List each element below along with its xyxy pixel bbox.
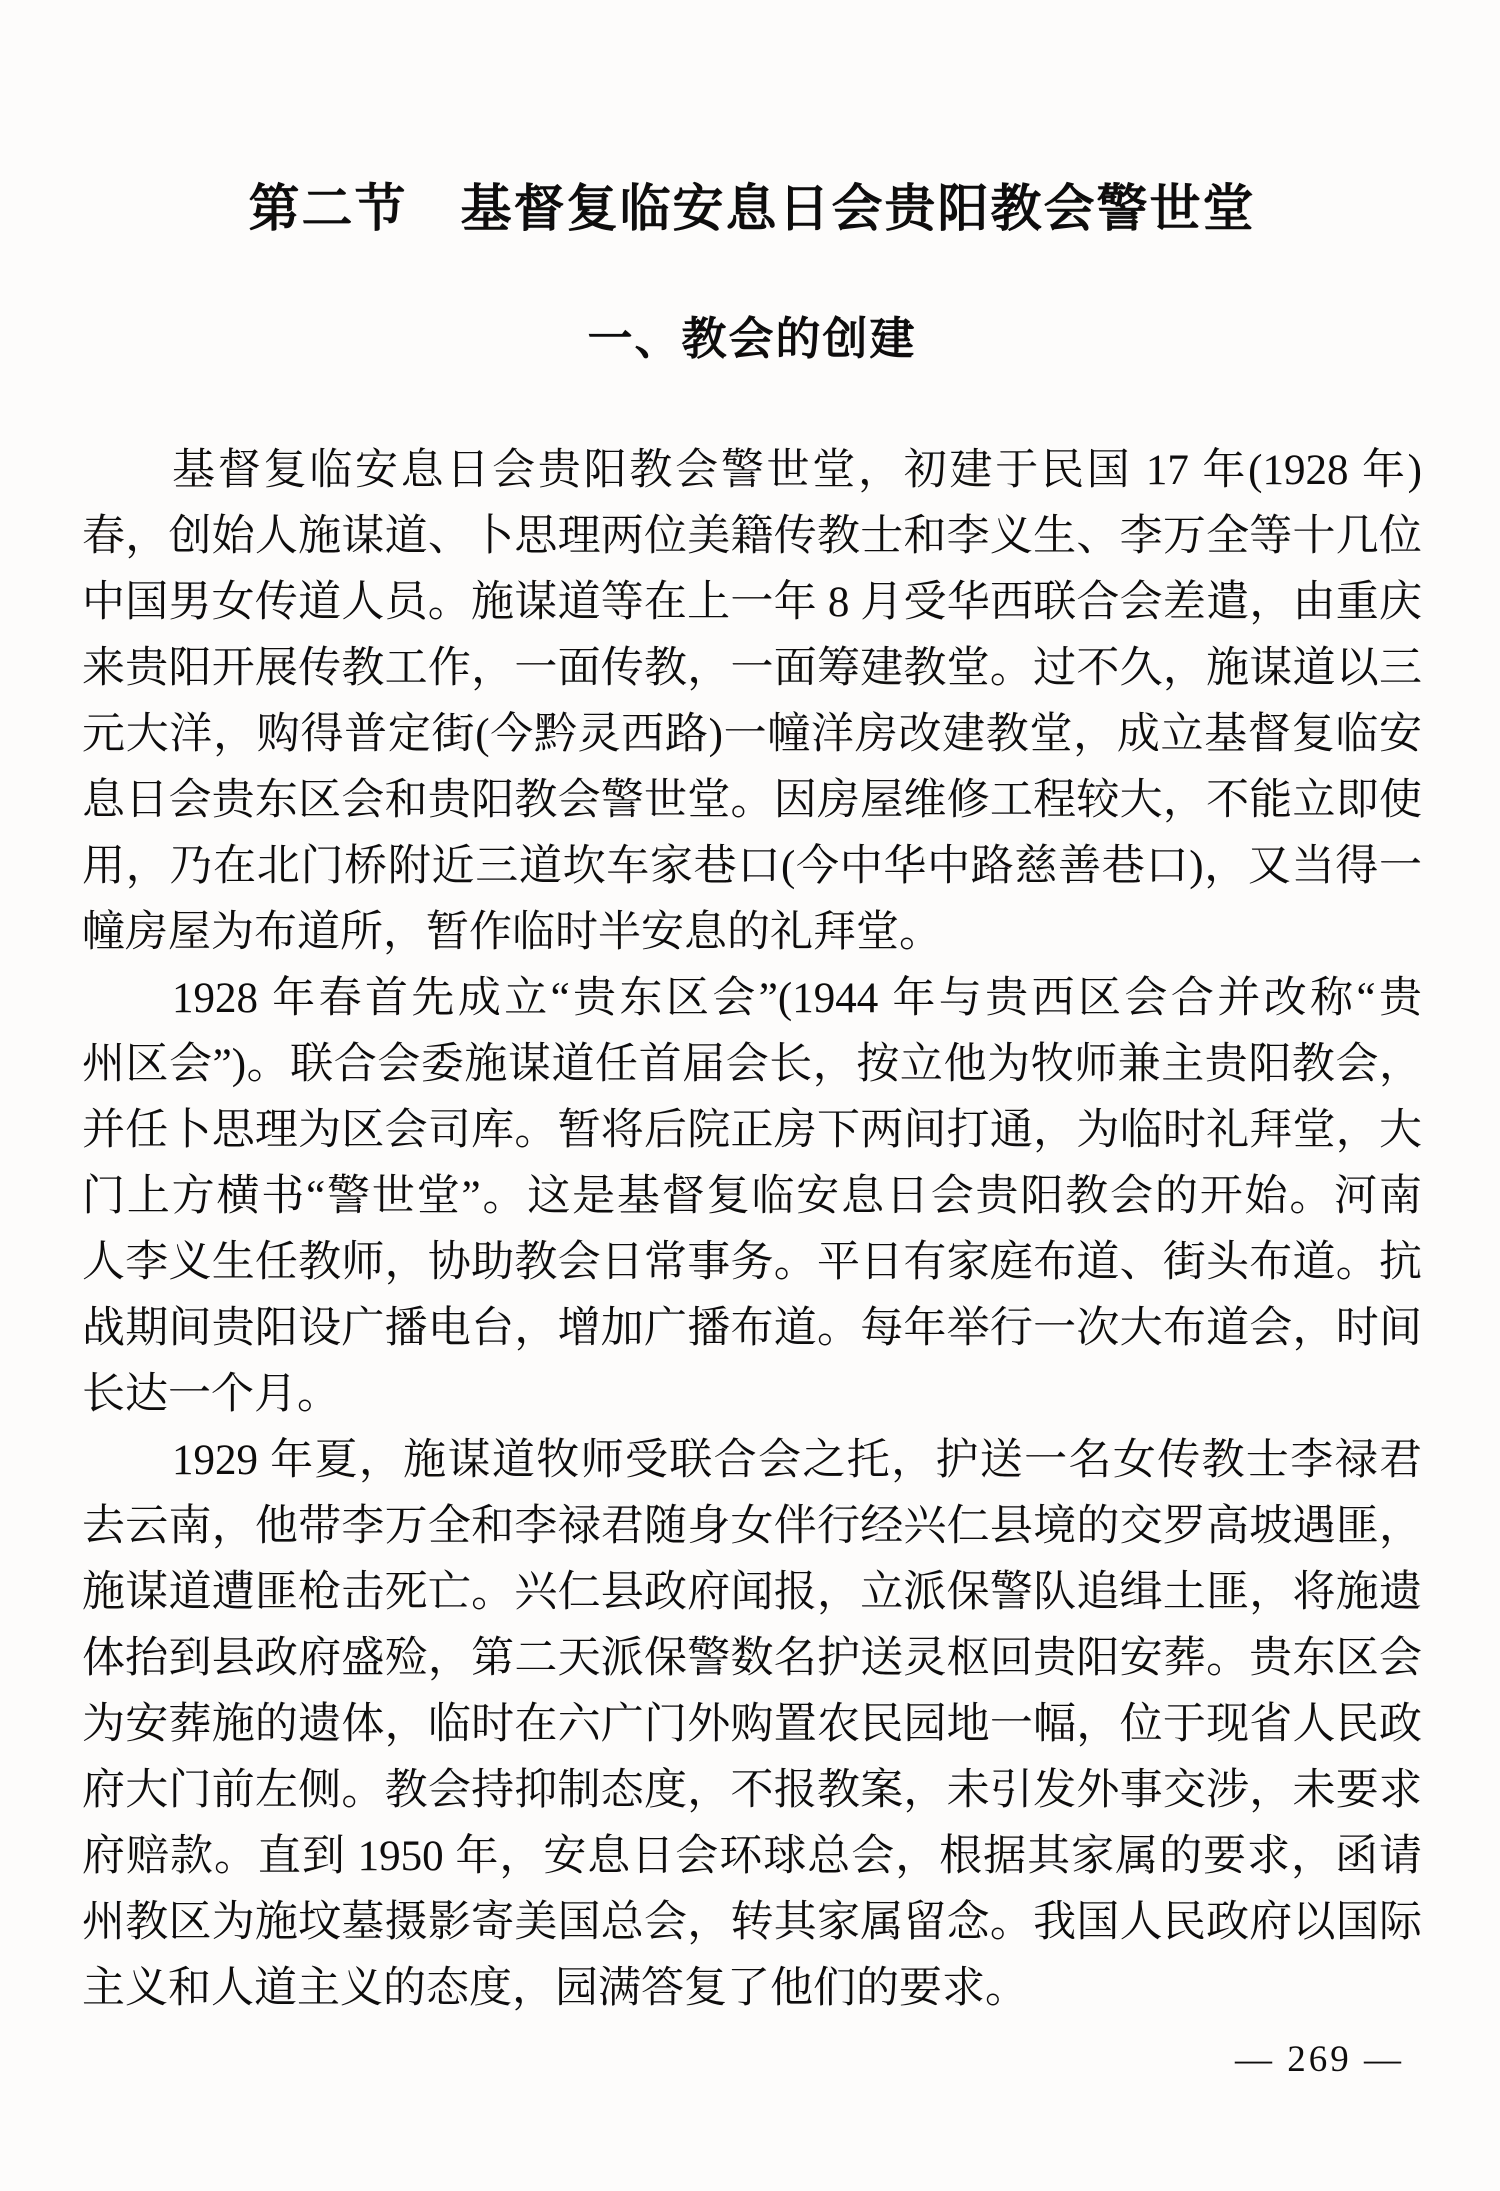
body-line: 息日会贵东区会和贵阳教会警世堂。因房屋维修工程较大，不能立即使 [82,768,1422,834]
body-line: 门上方横书“警世堂”。这是基督复临安息日会贵阳教会的开始。河南 [82,1164,1422,1230]
body-line: 元大洋，购得普定街(今黔灵西路)一幢洋房改建教堂，成立基督复临安 [82,702,1422,768]
body-line: 战期间贵阳设广播电台，增加广播布道。每年举行一次大布道会，时间 [82,1296,1422,1362]
body-line: 中国男女传道人员。施谋道等在上一年 8 月受华西联合会差遣，由重庆 [82,570,1422,636]
body-line: 1929 年夏，施谋道牧师受联合会之托，护送一名女传教士李禄君 [82,1428,1422,1494]
body-line: 基督复临安息日会贵阳教会警世堂，初建于民国 17 年(1928 年) [82,438,1422,504]
body-line: 府赔款。直到 1950 年，安息日会环球总会，根据其家属的要求，函请贵 [82,1824,1422,1890]
body-line: 去云南，他带李万全和李禄君随身女伴行经兴仁县境的交罗高坡遇匪， [82,1494,1422,1560]
body-line: 并任卜思理为区会司库。暂将后院正房下两间打通，为临时礼拜堂，大 [82,1098,1422,1164]
page-footer: — 269 — [1235,2038,1404,2081]
body-line: 州区会”)。联合会委施谋道任首届会长，按立他为牧师兼主贵阳教会， [82,1032,1422,1098]
body-line: 来贵阳开展传教工作，一面传教，一面筹建教堂。过不久，施谋道以三千 [82,636,1422,702]
paragraph: 1929 年夏，施谋道牧师受联合会之托，护送一名女传教士李禄君去云南，他带李万全… [82,1428,1422,2022]
body-line: 人李义生任教师，协助教会日常事务。平日有家庭布道、街头布道。抗 [82,1230,1422,1296]
body-line: 春，创始人施谋道、卜思理两位美籍传教士和李义生、李万全等十几位 [82,504,1422,570]
body-line: 1928 年春首先成立“贵东区会”(1944 年与贵西区会合并改称“贵 [82,966,1422,1032]
section-title: 第二节 基督复临安息日会贵阳教会警世堂 [82,178,1422,240]
body-line: 州教区为施坟墓摄影寄美国总会，转其家属留念。我国人民政府以国际 [82,1890,1422,1956]
body-line: 长达一个月。 [82,1362,1422,1428]
body-line: 体抬到县政府盛殓，第二天派保警数名护送灵枢回贵阳安葬。贵东区会 [82,1626,1422,1692]
body-text: 基督复临安息日会贵阳教会警世堂，初建于民国 17 年(1928 年)春，创始人施… [82,438,1422,2022]
body-line: 主义和人道主义的态度，园满答复了他们的要求。 [82,1956,1422,2022]
body-line: 为安葬施的遗体，临时在六广门外购置农民园地一幅，位于现省人民政 [82,1692,1422,1758]
body-line: 施谋道遭匪枪击死亡。兴仁县政府闻报，立派保警队追缉土匪，将施遗 [82,1560,1422,1626]
body-line: 府大门前左侧。教会持抑制态度，不报教案，未引发外事交涉，未要求政 [82,1758,1422,1824]
paragraph: 基督复临安息日会贵阳教会警世堂，初建于民国 17 年(1928 年)春，创始人施… [82,438,1422,966]
book-page: 第二节 基督复临安息日会贵阳教会警世堂 一、教会的创建 基督复临安息日会贵阳教会… [0,0,1500,2191]
paragraph: 1928 年春首先成立“贵东区会”(1944 年与贵西区会合并改称“贵州区会”)… [82,966,1422,1428]
subsection-title: 一、教会的创建 [82,312,1422,366]
body-line: 幢房屋为布道所，暂作临时半安息的礼拜堂。 [82,900,1422,966]
page-number: — 269 — [1235,2039,1404,2080]
body-line: 用，乃在北门桥附近三道坎车家巷口(今中华中路慈善巷口)，又当得一 [82,834,1422,900]
